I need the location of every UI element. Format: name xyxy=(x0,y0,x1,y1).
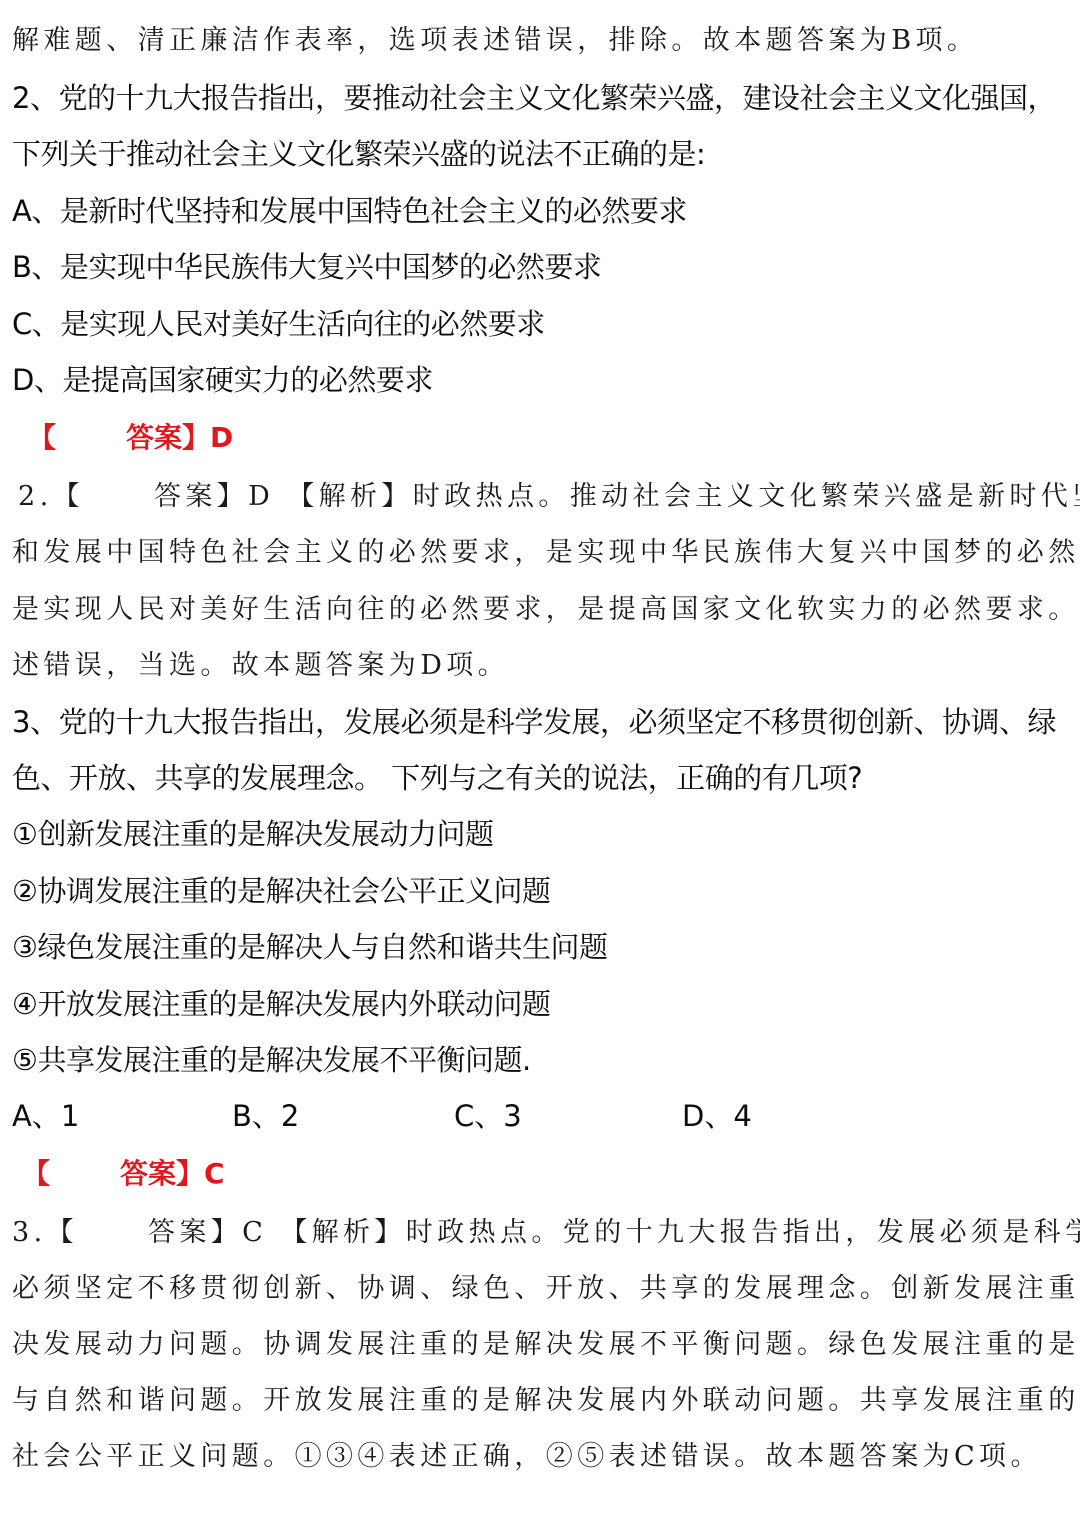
q3-stem-line2: 色、开放、共享的发展理念。 下列与之有关的说法，正确的有几项? xyxy=(12,756,862,797)
q3-explanation-line3: 决发展动力问题。协调发展注重的是解决发展不平衡问题。绿色发展注重的是解决人 xyxy=(12,1322,1080,1361)
explanation-prefix: 3.【 xyxy=(12,1217,78,1248)
answer-label: 答案】C xyxy=(120,1157,225,1190)
q3-stem-line1: 3、党的十九大报告指出，发展必须是科学发展，必须坚定不移贯彻创新、协调、绿 xyxy=(12,700,1056,741)
explanation-prefix: 2.【 xyxy=(18,481,84,512)
q3-explanation-line2: 必须坚定不移贯彻创新、协调、绿色、开放、共享的发展理念。创新发展注重的是解 xyxy=(12,1266,1080,1305)
q2-explanation-line4: 述错误，当选。故本题答案为D项。 xyxy=(12,643,509,682)
q3-answer-heading: 【答案】C xyxy=(22,1152,225,1192)
q2-option-d: D、是提高国家硬实力的必然要求 xyxy=(12,358,433,399)
q3-explanation-line4: 与自然和谐问题。开放发展注重的是解决发展内外联动问题。共享发展注重的是解决 xyxy=(12,1378,1080,1417)
q2-stem-line1: 2、党的十九大报告指出，要推动社会主义文化繁荣兴盛，建设社会主义文化强国， xyxy=(12,76,1056,117)
q3-statement-2: ②协调发展注重的是解决社会公平正义问题 xyxy=(12,869,551,910)
q2-option-a: A、是新时代坚持和发展中国特色社会主义的必然要求 xyxy=(12,189,687,230)
q2-option-c: C、是实现人民对美好生活向往的必然要求 xyxy=(12,302,545,343)
answer-open-bracket: 【 xyxy=(22,1152,120,1192)
answer-open-bracket: 【 xyxy=(28,416,126,456)
q2-answer-heading: 【答案】D xyxy=(28,416,233,456)
q3-option-d: D、4 xyxy=(682,1094,752,1135)
q2-explanation-line3: 是实现人民对美好生活向往的必然要求，是提高国家文化软实力的必然要求。D项表 xyxy=(12,587,1080,626)
q3-statement-1: ①创新发展注重的是解决发展动力问题 xyxy=(12,812,494,853)
q3-explanation-line1: 3.【答案】C 【解析】时政热点。党的十九大报告指出，发展必须是科学发展， xyxy=(12,1210,1080,1249)
explanation-text: 答案】C 【解析】时政热点。党的十九大报告指出，发展必须是科学发展， xyxy=(148,1217,1080,1248)
q3-explanation-line5: 社会公平正义问题。①③④表述正确，②⑤表述错误。故本题答案为C项。 xyxy=(12,1434,1042,1473)
q3-statement-3: ③绿色发展注重的是解决人与自然和谐共生问题 xyxy=(12,925,608,966)
q3-options-row: A、1 B、2 C、3 D、4 xyxy=(12,1094,1012,1134)
q2-option-b: B、是实现中华民族伟大复兴中国梦的必然要求 xyxy=(12,245,601,286)
q3-option-c: C、3 xyxy=(454,1094,522,1135)
q2-explanation-line2: 和发展中国特色社会主义的必然要求，是实现中华民族伟大复兴中国梦的必然要求， xyxy=(12,530,1080,569)
q3-statement-4: ④开放发展注重的是解决发展内外联动问题 xyxy=(12,982,551,1023)
q2-stem-line2: 下列关于推动社会主义文化繁荣兴盛的说法不正确的是: xyxy=(12,132,705,173)
q3-option-b: B、2 xyxy=(232,1094,299,1135)
previous-explanation-tail: 解难题、清正廉洁作表率，选项表述错误，排除。故本题答案为B项。 xyxy=(12,18,978,57)
answer-label: 答案】D xyxy=(126,421,233,454)
q2-explanation-line1: 2.【答案】D 【解析】时政热点。推动社会主义文化繁荣兴盛是新时代坚持 xyxy=(18,474,1080,513)
q3-option-a: A、1 xyxy=(12,1094,79,1135)
q3-statement-5: ⑤共享发展注重的是解决发展不平衡问题. xyxy=(12,1038,531,1079)
explanation-text: 答案】D 【解析】时政热点。推动社会主义文化繁荣兴盛是新时代坚持 xyxy=(154,481,1080,512)
